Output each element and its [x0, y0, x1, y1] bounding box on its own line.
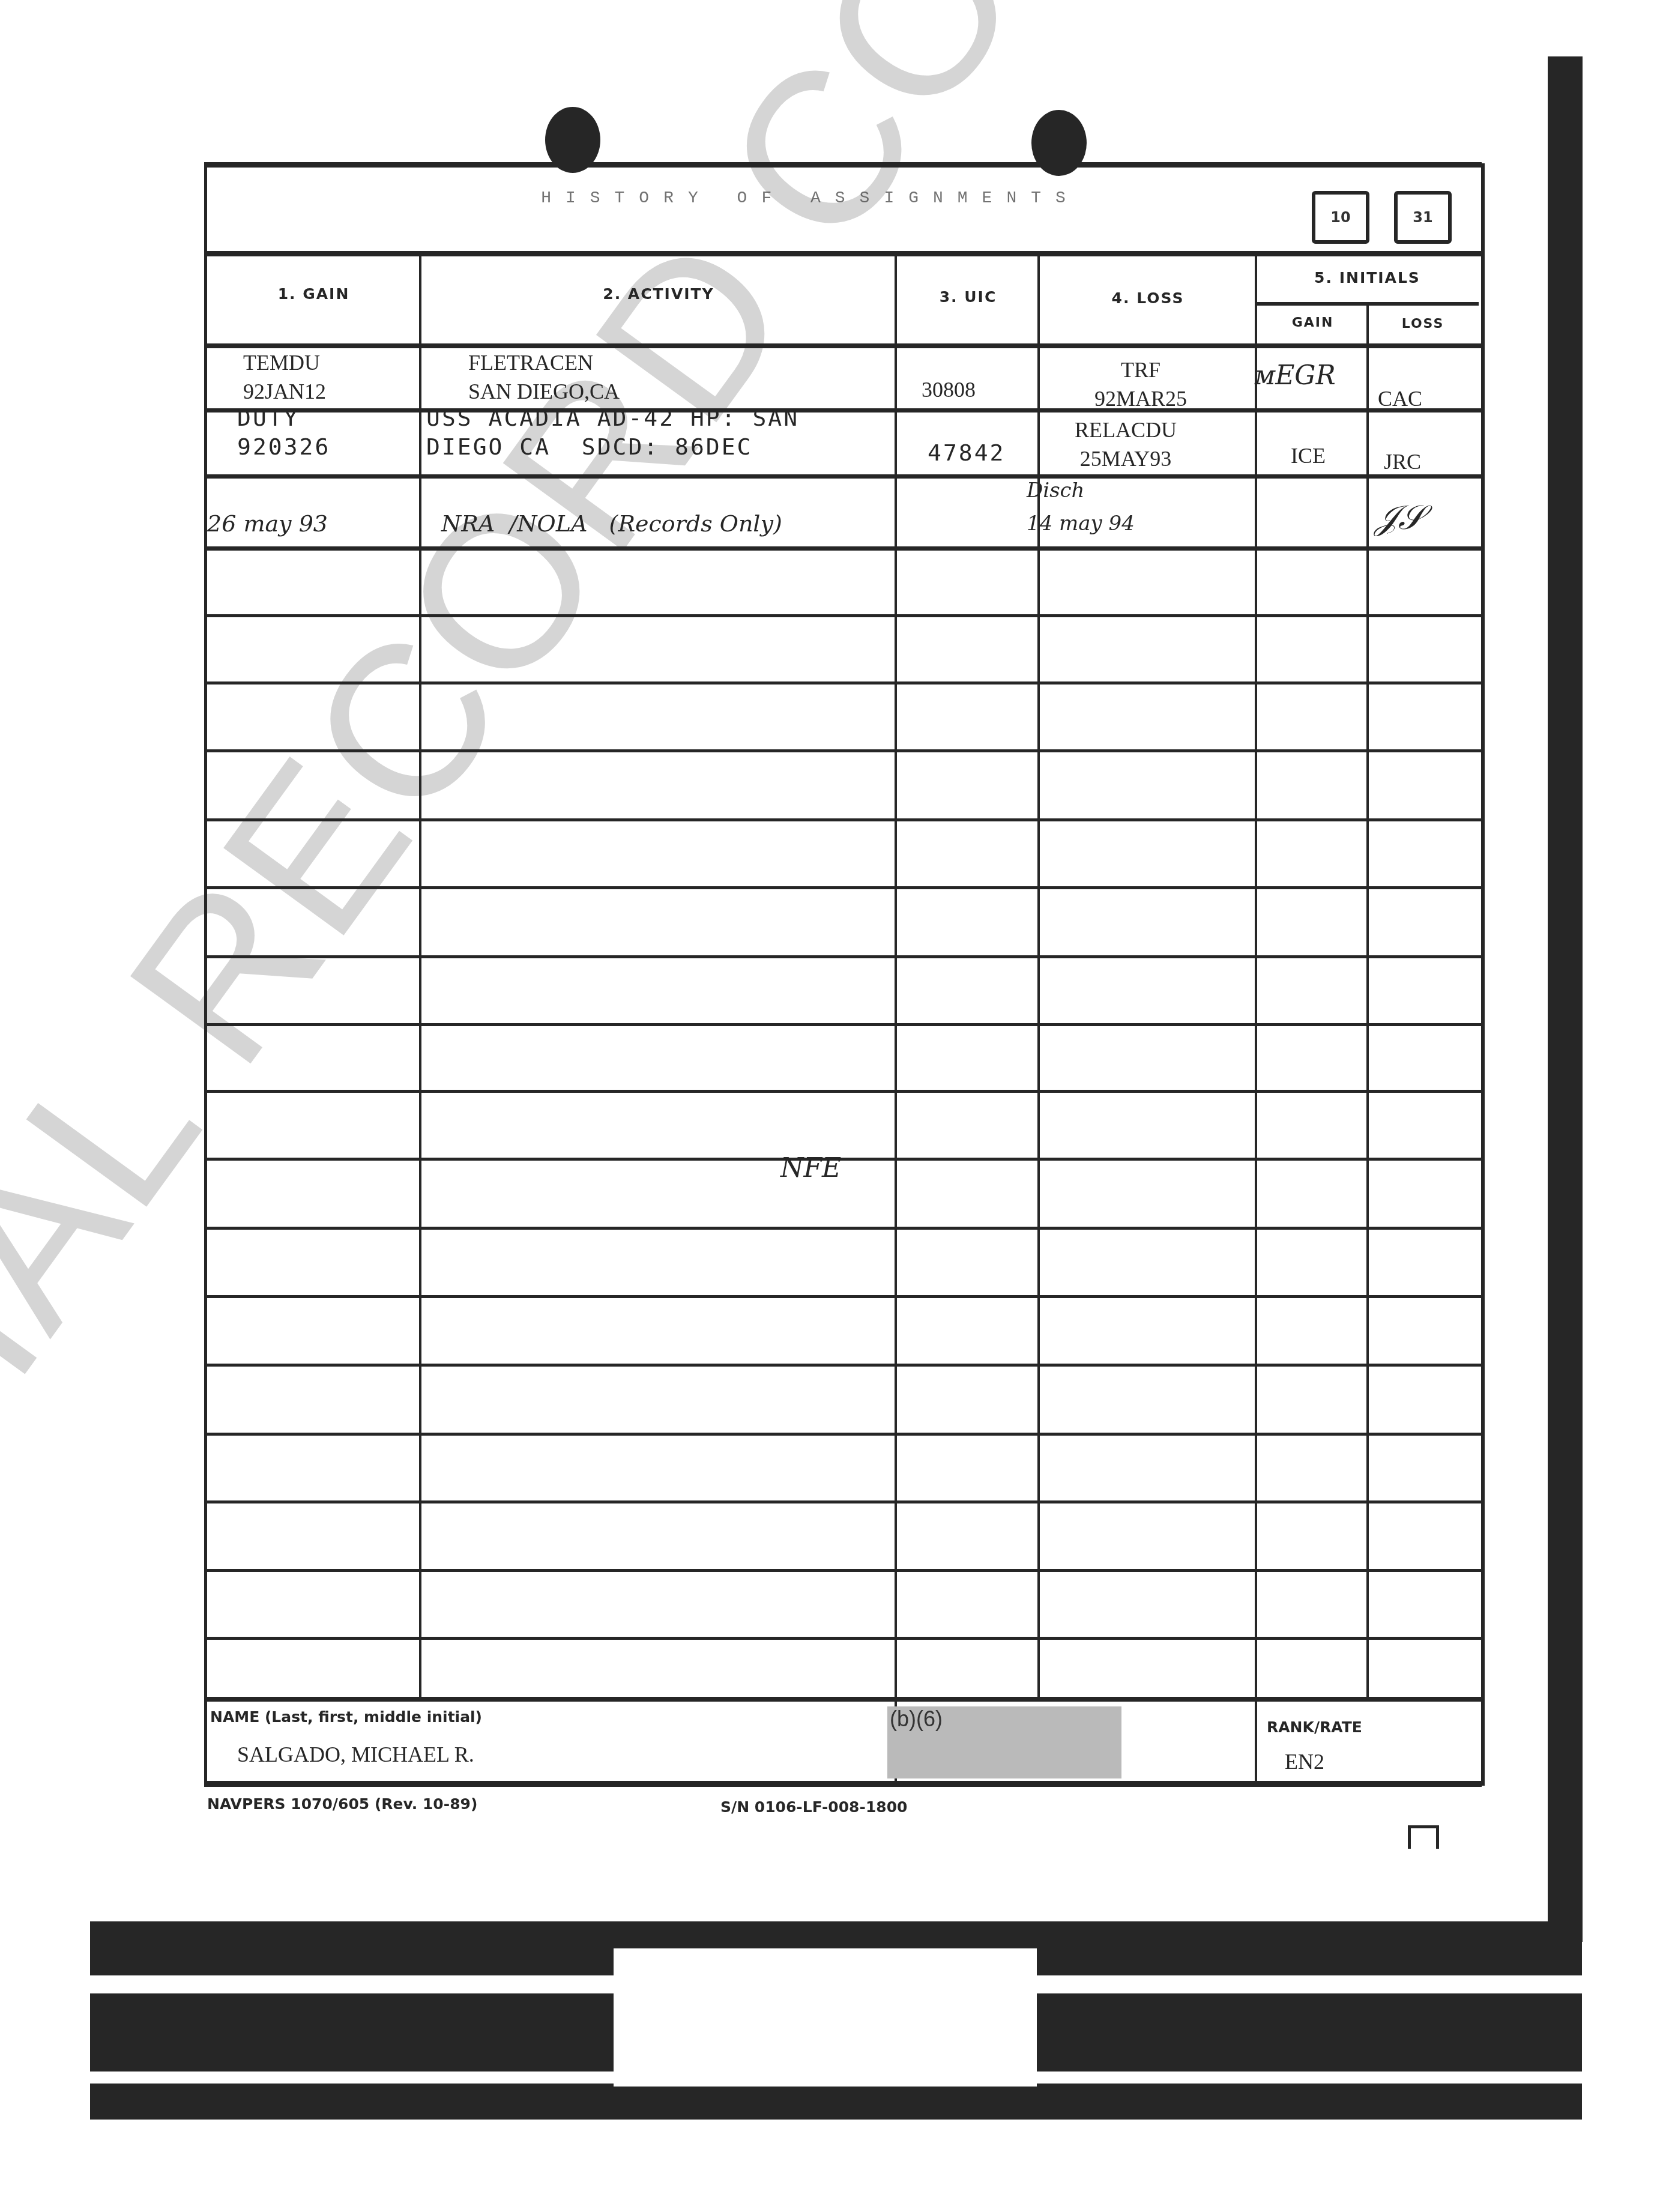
row3-initials-loss-signature: 𝒥𝒮 — [1375, 498, 1424, 538]
row1-activity: FLETRACEN SAN DIEGO,CA — [468, 348, 620, 406]
form-frame — [204, 163, 1485, 1786]
row3-loss: Disch 14 may 94 — [1027, 474, 1135, 540]
table-row-line — [204, 546, 1482, 551]
row1-loss: TRF 92MAR25 — [1081, 355, 1201, 413]
footer-bottom-line — [204, 1781, 1482, 1787]
table-row-line — [204, 1569, 1482, 1572]
header-bottom-line — [204, 343, 1482, 348]
table-row-line — [204, 1364, 1482, 1367]
rank-value: EN2 — [1285, 1747, 1324, 1776]
table-row-line — [204, 818, 1482, 821]
row3-activity: NRA /NOLA (Records Only) — [441, 510, 782, 537]
table-row-line — [204, 1023, 1482, 1026]
row2-uic: 47842 — [928, 438, 1005, 467]
redaction-box: (b)(6) — [887, 1706, 1121, 1778]
form-title: HISTORY OF ASSIGNMENTS — [540, 189, 1081, 208]
table-row-line — [204, 1090, 1482, 1093]
row1-gain: TEMDU 92JAN12 — [243, 348, 326, 406]
rank-label: RANK/RATE — [1267, 1718, 1362, 1736]
column-divider-4 — [1255, 252, 1257, 1783]
row2-initials-gain: ICE — [1291, 441, 1326, 470]
stock-number: S/N 0106-LF-008-1800 — [720, 1798, 907, 1816]
header-gain: 1. GAIN — [207, 285, 420, 303]
row1-initials-loss: CAC — [1378, 384, 1422, 413]
form-top-border — [204, 162, 1482, 168]
corner-mark-icon — [1408, 1825, 1439, 1849]
table-row-line — [204, 408, 1482, 412]
table-row-line — [204, 1158, 1482, 1161]
table-row-line — [204, 955, 1482, 958]
form-number: NAVPERS 1070/605 (Rev. 10-89) — [207, 1795, 477, 1813]
header-top-line — [204, 251, 1482, 256]
table-row-line — [204, 749, 1482, 752]
table-row-line — [204, 1637, 1482, 1640]
footer-top-line — [204, 1697, 1482, 1702]
margin-note: NFE — [780, 1153, 841, 1183]
row2-loss: RELACDU 25MAY93 — [1048, 416, 1204, 473]
column-divider-2 — [895, 252, 897, 1783]
header-initials: 5. INITIALS — [1258, 269, 1477, 286]
name-label: NAME (Last, first, middle initial) — [210, 1708, 482, 1726]
row2-activity: USS ACADIA AD-42 HP: SAN DIEGO CA SDCD: … — [426, 403, 799, 461]
header-activity: 2. ACTIVITY — [421, 285, 896, 303]
scan-edge-gap — [614, 1948, 1037, 2087]
column-divider-1 — [419, 252, 421, 1699]
scan-edge-right — [1548, 56, 1583, 1942]
table-row-line — [204, 474, 1482, 479]
page-box-left: 10 — [1312, 191, 1369, 244]
page-box-right: 31 — [1394, 191, 1452, 244]
header-initials-loss: LOSS — [1369, 316, 1477, 331]
table-row-line — [204, 614, 1482, 617]
table-row-line — [204, 681, 1482, 684]
table-row-line — [204, 1433, 1482, 1436]
header-loss: 4. LOSS — [1040, 289, 1256, 307]
column-divider-3 — [1037, 252, 1040, 1699]
row1-uic: 30808 — [922, 375, 976, 404]
row1-initials-gain-signature: ᴍEGR — [1255, 360, 1336, 391]
scan-edge-bottom-3 — [90, 2084, 1582, 2120]
row2-gain: DUTY 920326 — [237, 403, 330, 461]
column-divider-5 — [1366, 303, 1369, 1699]
row2-initials-loss: JRC — [1384, 447, 1421, 476]
header-initials-gain: GAIN — [1258, 315, 1368, 330]
name-value: SALGADO, MICHAEL R. — [237, 1740, 474, 1769]
table-row-line — [204, 1295, 1482, 1298]
header-uic: 3. UIC — [898, 288, 1039, 306]
table-row-line — [204, 1227, 1482, 1230]
table-row-line — [204, 1500, 1482, 1503]
row3-gain: 26 may 93 — [207, 510, 328, 537]
table-row-line — [204, 886, 1482, 889]
redaction-label: (b)(6) — [890, 1706, 943, 1732]
